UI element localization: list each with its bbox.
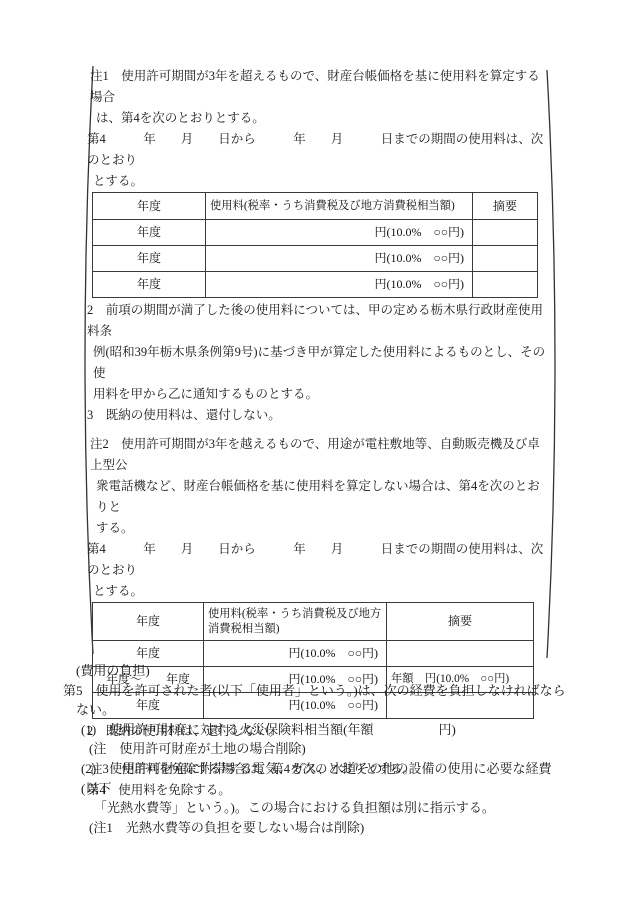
note2-line-3: する。 — [87, 518, 552, 539]
cost-item-2-line-1: (2) 使用許可財産に附帯する電気、ガス、水道その他の設備の使用に必要な経費(以… — [63, 759, 568, 798]
header-cell-fee: 使用料(税率・うち消費税及び地方消費税相当額) — [204, 603, 387, 641]
header-cell-fee: 使用料(税率・うち消費税及び地方消費税相当額) — [206, 193, 473, 220]
article5-line-1: 第5 使用を許可された者(以下「使用者」という。)は、次の経費を負担しなければな… — [63, 681, 568, 701]
cost-item-2-note: (注1 光熱水費等の負担を要しない場合は削除) — [63, 818, 568, 838]
cost-section: (費用の負担) 第5 使用を許可された者(以下「使用者」という。)は、次の経費を… — [63, 661, 568, 837]
article4b-line-2: とする。 — [87, 581, 552, 602]
fee-table-1: 年度 使用料(税率・うち消費税及び地方消費税相当額) 摘要 年度 円(10.0%… — [92, 192, 538, 298]
article4b-line-1: 第4 年 月 日から 年 月 日までの期間の使用料は、次のとおり — [87, 539, 552, 581]
clause2a-line-2: 例(昭和39年栃木県条例第9号)に基づき甲が算定した使用料によるものとし、その使 — [87, 342, 552, 384]
note1-line-2: は、第4を次のとおりとする。 — [87, 108, 552, 129]
note2-line-2: 衆電話機など、財産台帳価格を基に使用料を算定しない場合は、第4を次のとおりと — [87, 476, 552, 518]
fee-table-2-header-row: 年度 使用料(税率・うち消費税及び地方消費税相当額) 摘要 — [93, 603, 534, 641]
article4a-line-1: 第4 年 月 日から 年 月 日までの期間の使用料は、次のとおり — [87, 129, 552, 171]
header-cell-year: 年度 — [93, 193, 206, 220]
cell-remarks — [473, 272, 538, 298]
cell-fee: 円(10.0% ○○円) — [206, 272, 473, 298]
cost-item-2-line-2: 「光熱水費等」という。)。この場合における負担額は別に指示する。 — [63, 798, 568, 818]
fee-table-1-header-row: 年度 使用料(税率・うち消費税及び地方消費税相当額) 摘要 — [93, 193, 538, 220]
cost-item-1: (1) 使用許可財産に対する火災保険料相当額(年額 円) — [63, 720, 568, 740]
clause3a-line: 3 既納の使用料は、還付しない。 — [87, 405, 552, 426]
table-row: 年度 円(10.0% ○○円) — [93, 246, 538, 272]
cell-year: 年度 — [93, 220, 206, 246]
article4a-line-2: とする。 — [87, 171, 552, 192]
note2-line-1: 注2 使用許可期間が3年を越えるもので、用途が電柱敷地等、自動販売機及び卓上型公 — [87, 434, 552, 476]
cell-remarks — [473, 246, 538, 272]
table-row: 年度 円(10.0% ○○円) — [93, 272, 538, 298]
cost-heading: (費用の負担) — [63, 661, 568, 681]
article5-line-2: ない。 — [63, 700, 568, 720]
cell-remarks — [473, 220, 538, 246]
cost-item-1-note: (注 使用許可財産が土地の場合削除) — [63, 739, 568, 759]
note1-line-1: 注1 使用許可期間が3年を超えるもので、財産台帳価格を基に使用料を算定する場合 — [87, 66, 552, 108]
table-row: 年度 円(10.0% ○○円) — [93, 220, 538, 246]
header-cell-year: 年度 — [93, 603, 204, 641]
cell-year: 年度 — [93, 246, 206, 272]
cell-fee: 円(10.0% ○○円) — [206, 220, 473, 246]
document-page: 注1 使用許可期間が3年を超えるもので、財産台帳価格を基に使用料を算定する場合 … — [0, 0, 630, 903]
clause2a-line-1: 2 前項の期間が満了した後の使用料については、甲の定める栃木県行政財産使用料条 — [87, 300, 552, 342]
cell-year: 年度 — [93, 272, 206, 298]
clause2a-line-3: 用料を甲から乙に通知するものとする。 — [87, 384, 552, 405]
spacer — [87, 426, 552, 434]
header-cell-remarks: 摘要 — [473, 193, 538, 220]
cell-fee: 円(10.0% ○○円) — [206, 246, 473, 272]
header-cell-remarks: 摘要 — [387, 603, 534, 641]
